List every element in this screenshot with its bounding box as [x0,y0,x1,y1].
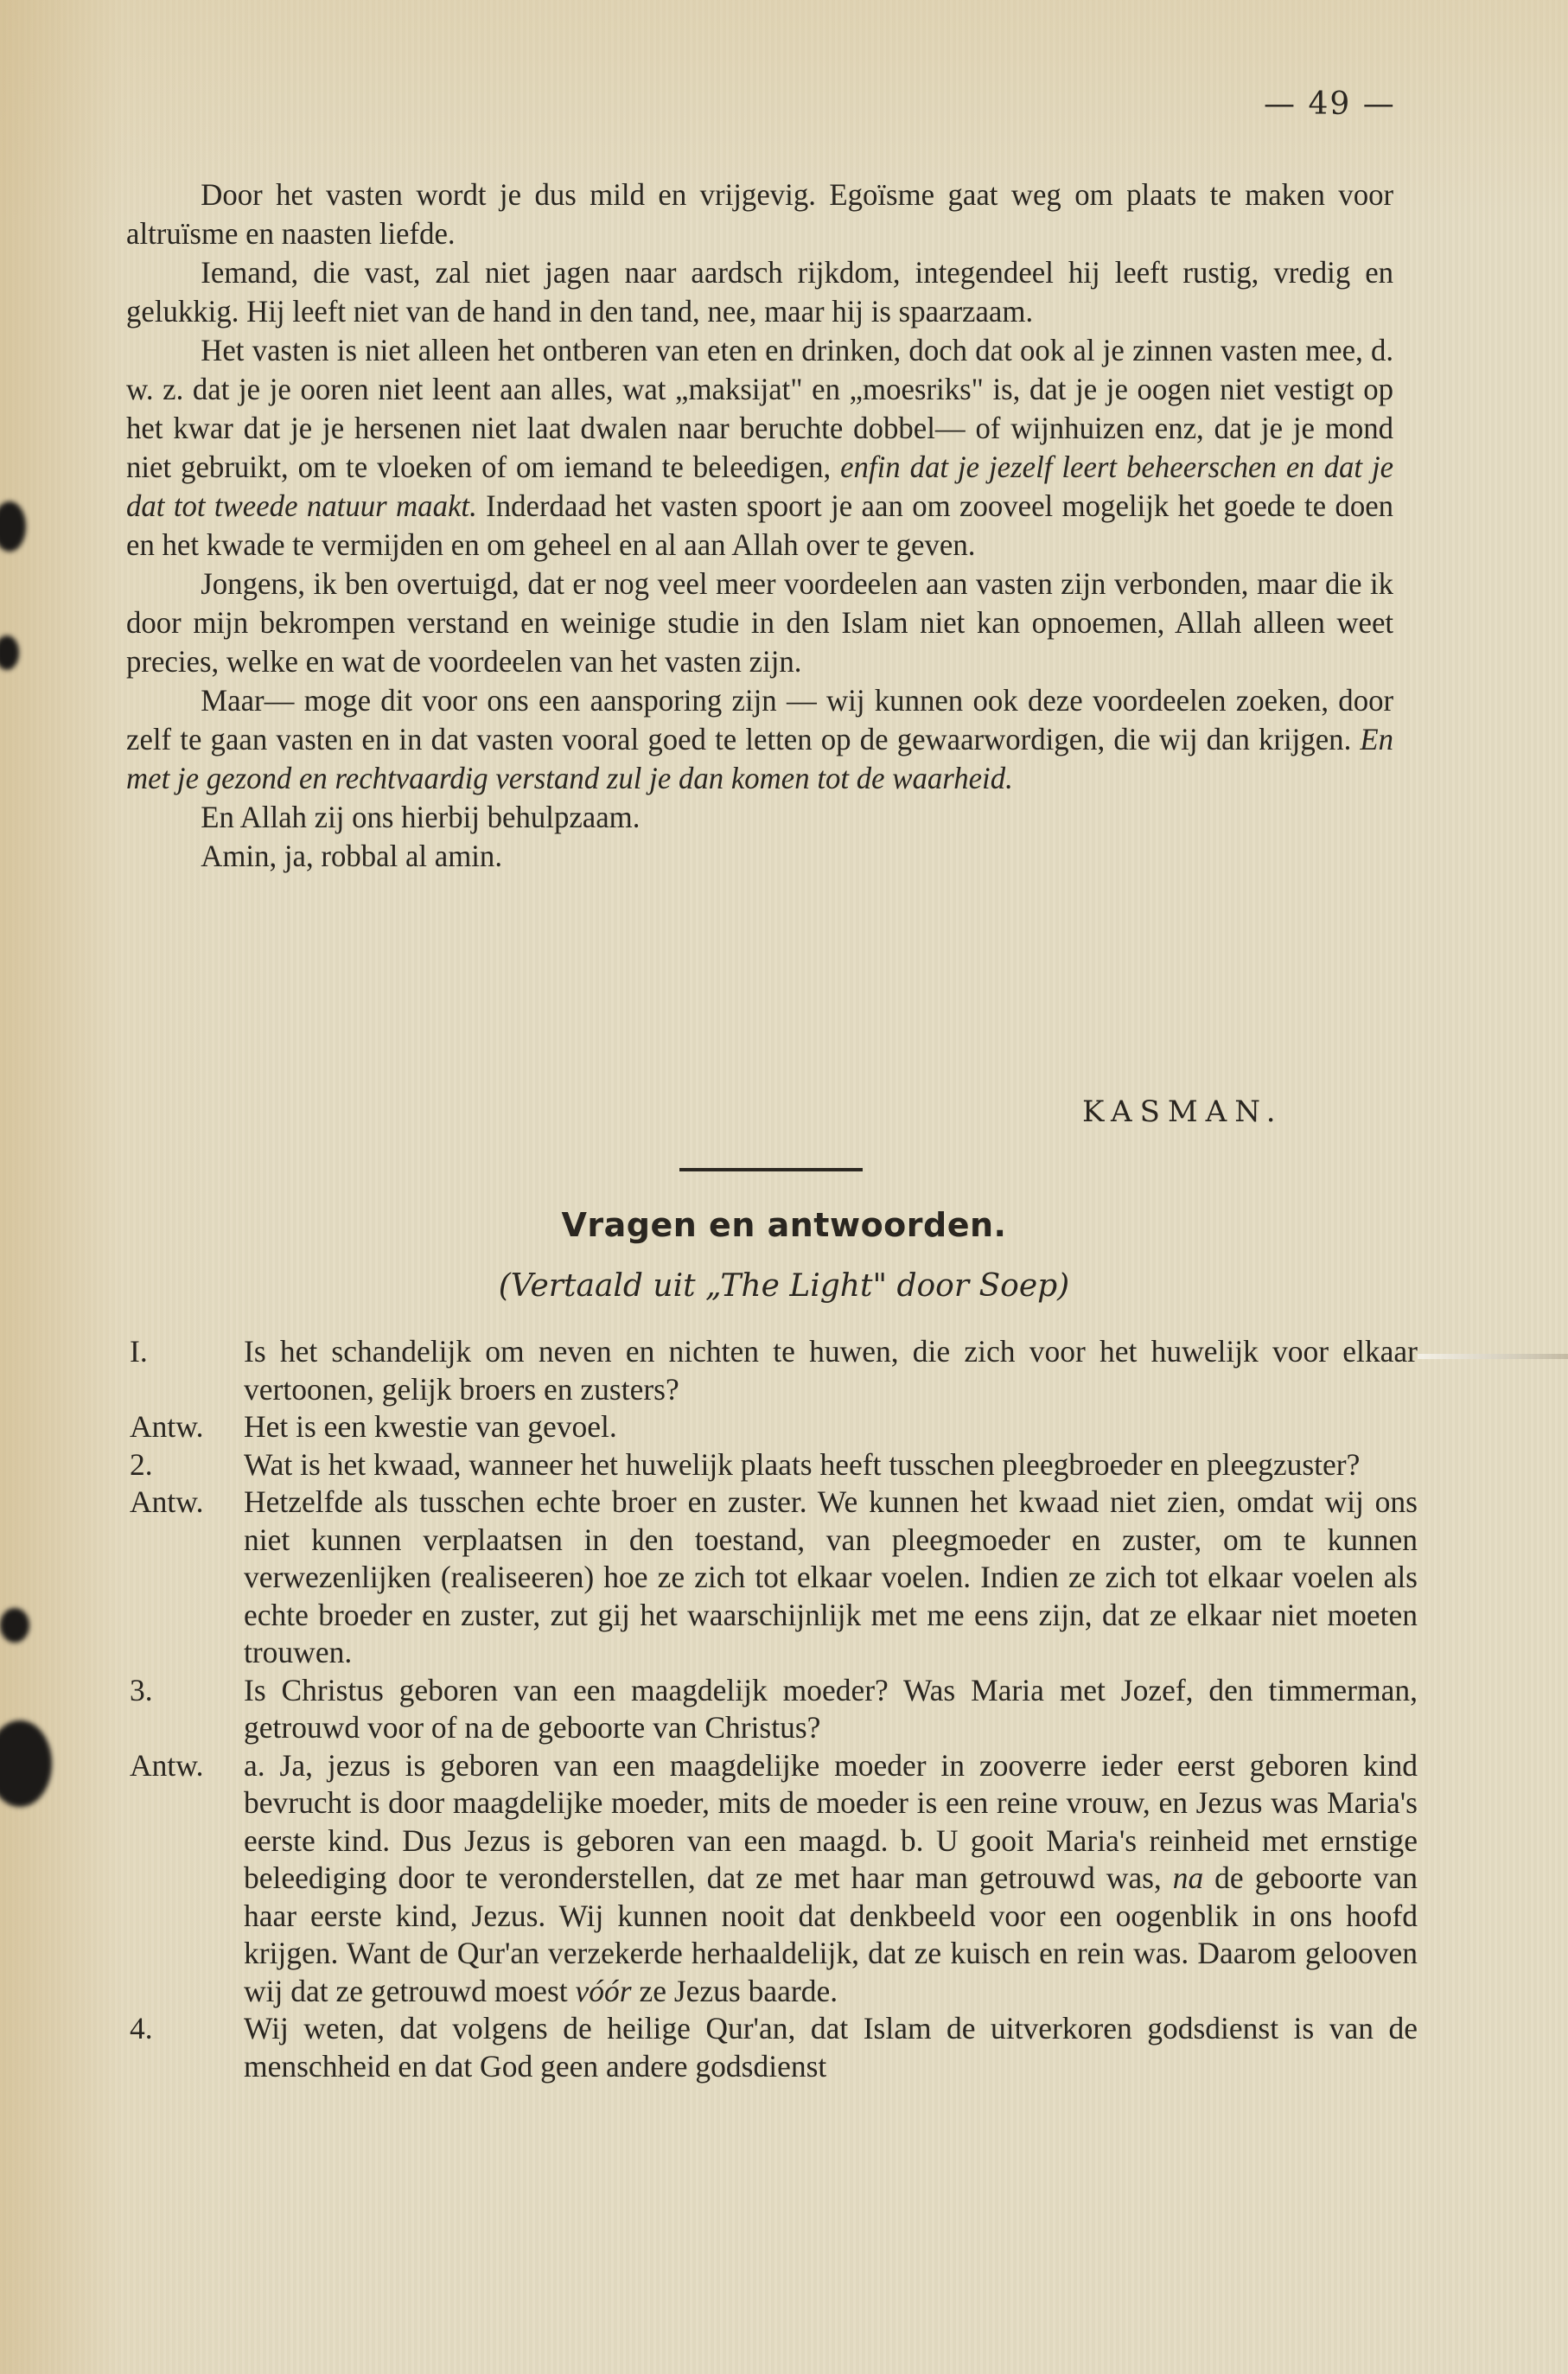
author-signature: KASMAN. [1082,1094,1284,1129]
qa-label: Antw. [130,1408,244,1446]
qa-label: 3. [130,1672,244,1747]
section-divider [679,1168,863,1171]
section-subtitle: (Vertaald uit „The Light" door Soep) [0,1268,1568,1304]
emphasis-text: na [1173,1860,1204,1895]
paragraph: En Allah zij ons hierbij behulpzaam. [126,798,1393,837]
paragraph: Jongens, ik ben overtuigd, dat er nog ve… [126,565,1393,681]
paragraph: Het vasten is niet alleen het ontberen v… [126,331,1393,565]
paragraph: Door het vasten wordt je dus mild en vri… [126,175,1393,253]
paragraph-text: Maar— moge dit voor ons een aansporing z… [126,683,1393,756]
qa-text: Is het schandelijk om neven en nichten t… [244,1333,1418,1408]
paragraph: Amin, ja, robbal al amin. [126,837,1393,876]
emphasis-text: vóór [576,1974,632,2008]
qa-label: Antw. [130,1747,244,2011]
ink-blot [0,635,19,670]
qa-text: Het is een kwestie van gevoel. [244,1408,1418,1446]
qa-list: I. Is het schandelijk om neven en nichte… [130,1333,1418,2085]
qa-label: I. [130,1333,244,1408]
qa-text: Wij weten, dat volgens de heilige Qur'an… [244,2010,1418,2085]
ink-blot [0,1720,52,1807]
qa-text: a. Ja, jezus is geboren van een maagdeli… [244,1747,1418,2011]
paragraph: Iemand, die vast, zal niet jagen naar aa… [126,253,1393,331]
qa-question-3: 3. Is Christus geboren van een maagdelij… [130,1672,1418,1747]
qa-label: 4. [130,2010,244,2085]
qa-answer-2: Antw. Hetzelfde als tusschen echte broer… [130,1484,1418,1672]
qa-text: Wat is het kwaad, wanneer het huwelijk p… [244,1446,1418,1484]
section-title: Vragen en antwoorden. [0,1206,1568,1244]
ink-blot [0,1608,29,1643]
qa-answer-1: Antw. Het is een kwestie van gevoel. [130,1408,1418,1446]
qa-text: Is Christus geboren van een maagdelijk m… [244,1672,1418,1747]
qa-label: 2. [130,1446,244,1484]
scanned-page: — 49 — Door het vasten wordt je dus mild… [0,0,1568,2374]
qa-question-4: 4. Wij weten, dat volgens de heilige Qur… [130,2010,1418,2085]
qa-text: Hetzelfde als tusschen echte broer en zu… [244,1484,1418,1672]
paragraph: Maar— moge dit voor ons een aansporing z… [126,681,1393,798]
qa-text-part: ze Jezus baarde. [632,1974,838,2008]
ink-blot [0,501,26,552]
qa-label: Antw. [130,1484,244,1672]
qa-answer-3: Antw. a. Ja, jezus is geboren van een ma… [130,1747,1418,2011]
paper-crease [1418,1354,1568,1359]
article-body: Door het vasten wordt je dus mild en vri… [126,175,1393,876]
page-number: — 49 — [1264,86,1396,122]
qa-question-2: 2. Wat is het kwaad, wanneer het huwelij… [130,1446,1418,1484]
qa-question-1: I. Is het schandelijk om neven en nichte… [130,1333,1418,1408]
